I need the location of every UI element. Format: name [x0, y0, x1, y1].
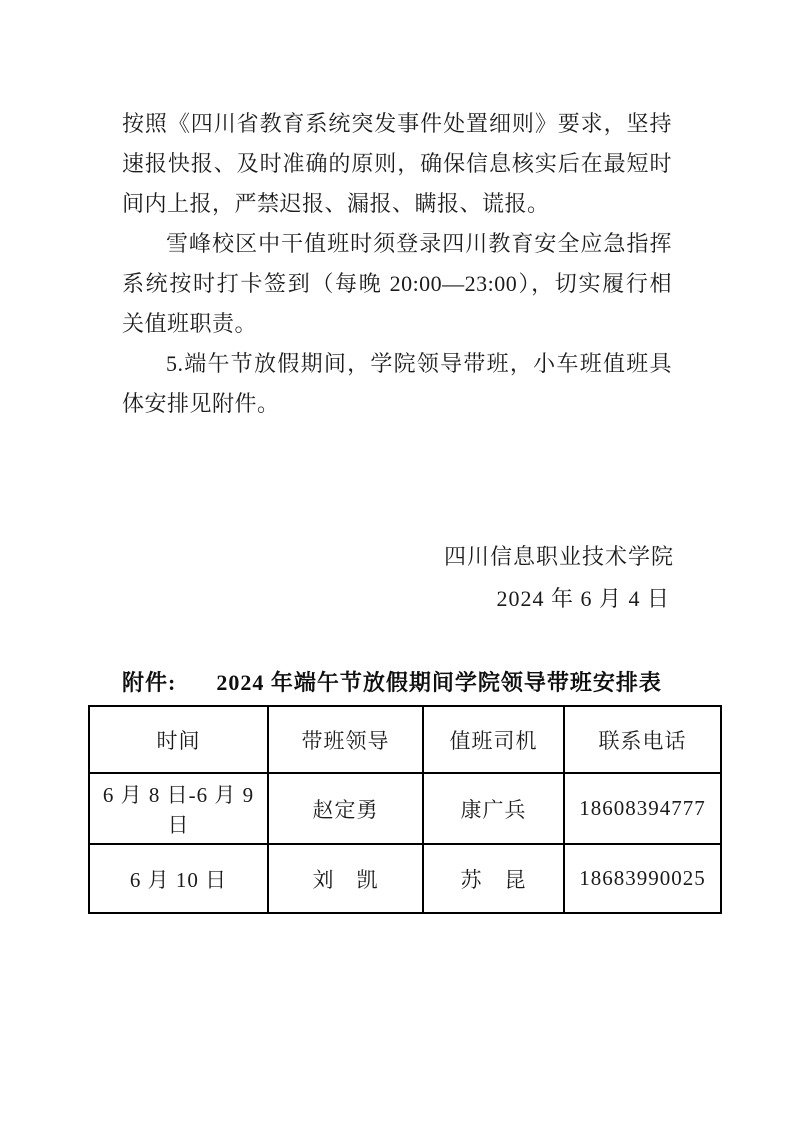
column-header-time: 时间 — [89, 706, 268, 773]
signature-block: 四川信息职业技术学院 2024 年 6 月 4 日 — [444, 544, 674, 612]
column-header-phone: 联系电话 — [564, 706, 721, 773]
document-page: 按照《四川省教育系统突发事件处置细则》要求，坚持速报快报、及时准确的原则，确保信… — [0, 0, 793, 1122]
table-row: 6 月 8 日-6 月 9 日 赵定勇 康广兵 18608394777 — [89, 773, 721, 844]
table-header-row: 时间 带班领导 值班司机 联系电话 — [89, 706, 721, 773]
cell-driver: 苏 昆 — [423, 844, 564, 913]
cell-driver: 康广兵 — [423, 773, 564, 844]
paragraph-continuation: 按照《四川省教育系统突发事件处置细则》要求，坚持速报快报、及时准确的原则，确保信… — [122, 104, 672, 224]
paragraph-item-5: 5.端午节放假期间，学院领导带班，小车班值班具体安排见附件。 — [122, 344, 672, 424]
duty-schedule-table: 时间 带班领导 值班司机 联系电话 6 月 8 日-6 月 9 日 赵定勇 康广… — [88, 705, 722, 914]
signature-organization: 四川信息职业技术学院 — [444, 544, 674, 570]
cell-leader: 刘 凯 — [268, 844, 423, 913]
attachment-title: 2024 年端午节放假期间学院领导带班安排表 — [216, 670, 662, 695]
cell-phone: 18608394777 — [564, 773, 721, 844]
cell-time: 6 月 8 日-6 月 9 日 — [89, 773, 268, 844]
paragraph-duty-checkin: 雪峰校区中干值班时须登录四川教育安全应急指挥系统按时打卡签到（每晚 20:00—… — [122, 224, 672, 344]
cell-leader: 赵定勇 — [268, 773, 423, 844]
column-header-driver: 值班司机 — [423, 706, 564, 773]
attachment-heading: 附件:2024 年端午节放假期间学院领导带班安排表 — [122, 666, 662, 697]
signature-date: 2024 年 6 月 4 日 — [444, 586, 674, 612]
attachment-label: 附件: — [122, 670, 176, 695]
cell-phone: 18683990025 — [564, 844, 721, 913]
body-text-block: 按照《四川省教育系统突发事件处置细则》要求，坚持速报快报、及时准确的原则，确保信… — [122, 104, 672, 424]
table-row: 6 月 10 日 刘 凯 苏 昆 18683990025 — [89, 844, 721, 913]
column-header-leader: 带班领导 — [268, 706, 423, 773]
cell-time: 6 月 10 日 — [89, 844, 268, 913]
